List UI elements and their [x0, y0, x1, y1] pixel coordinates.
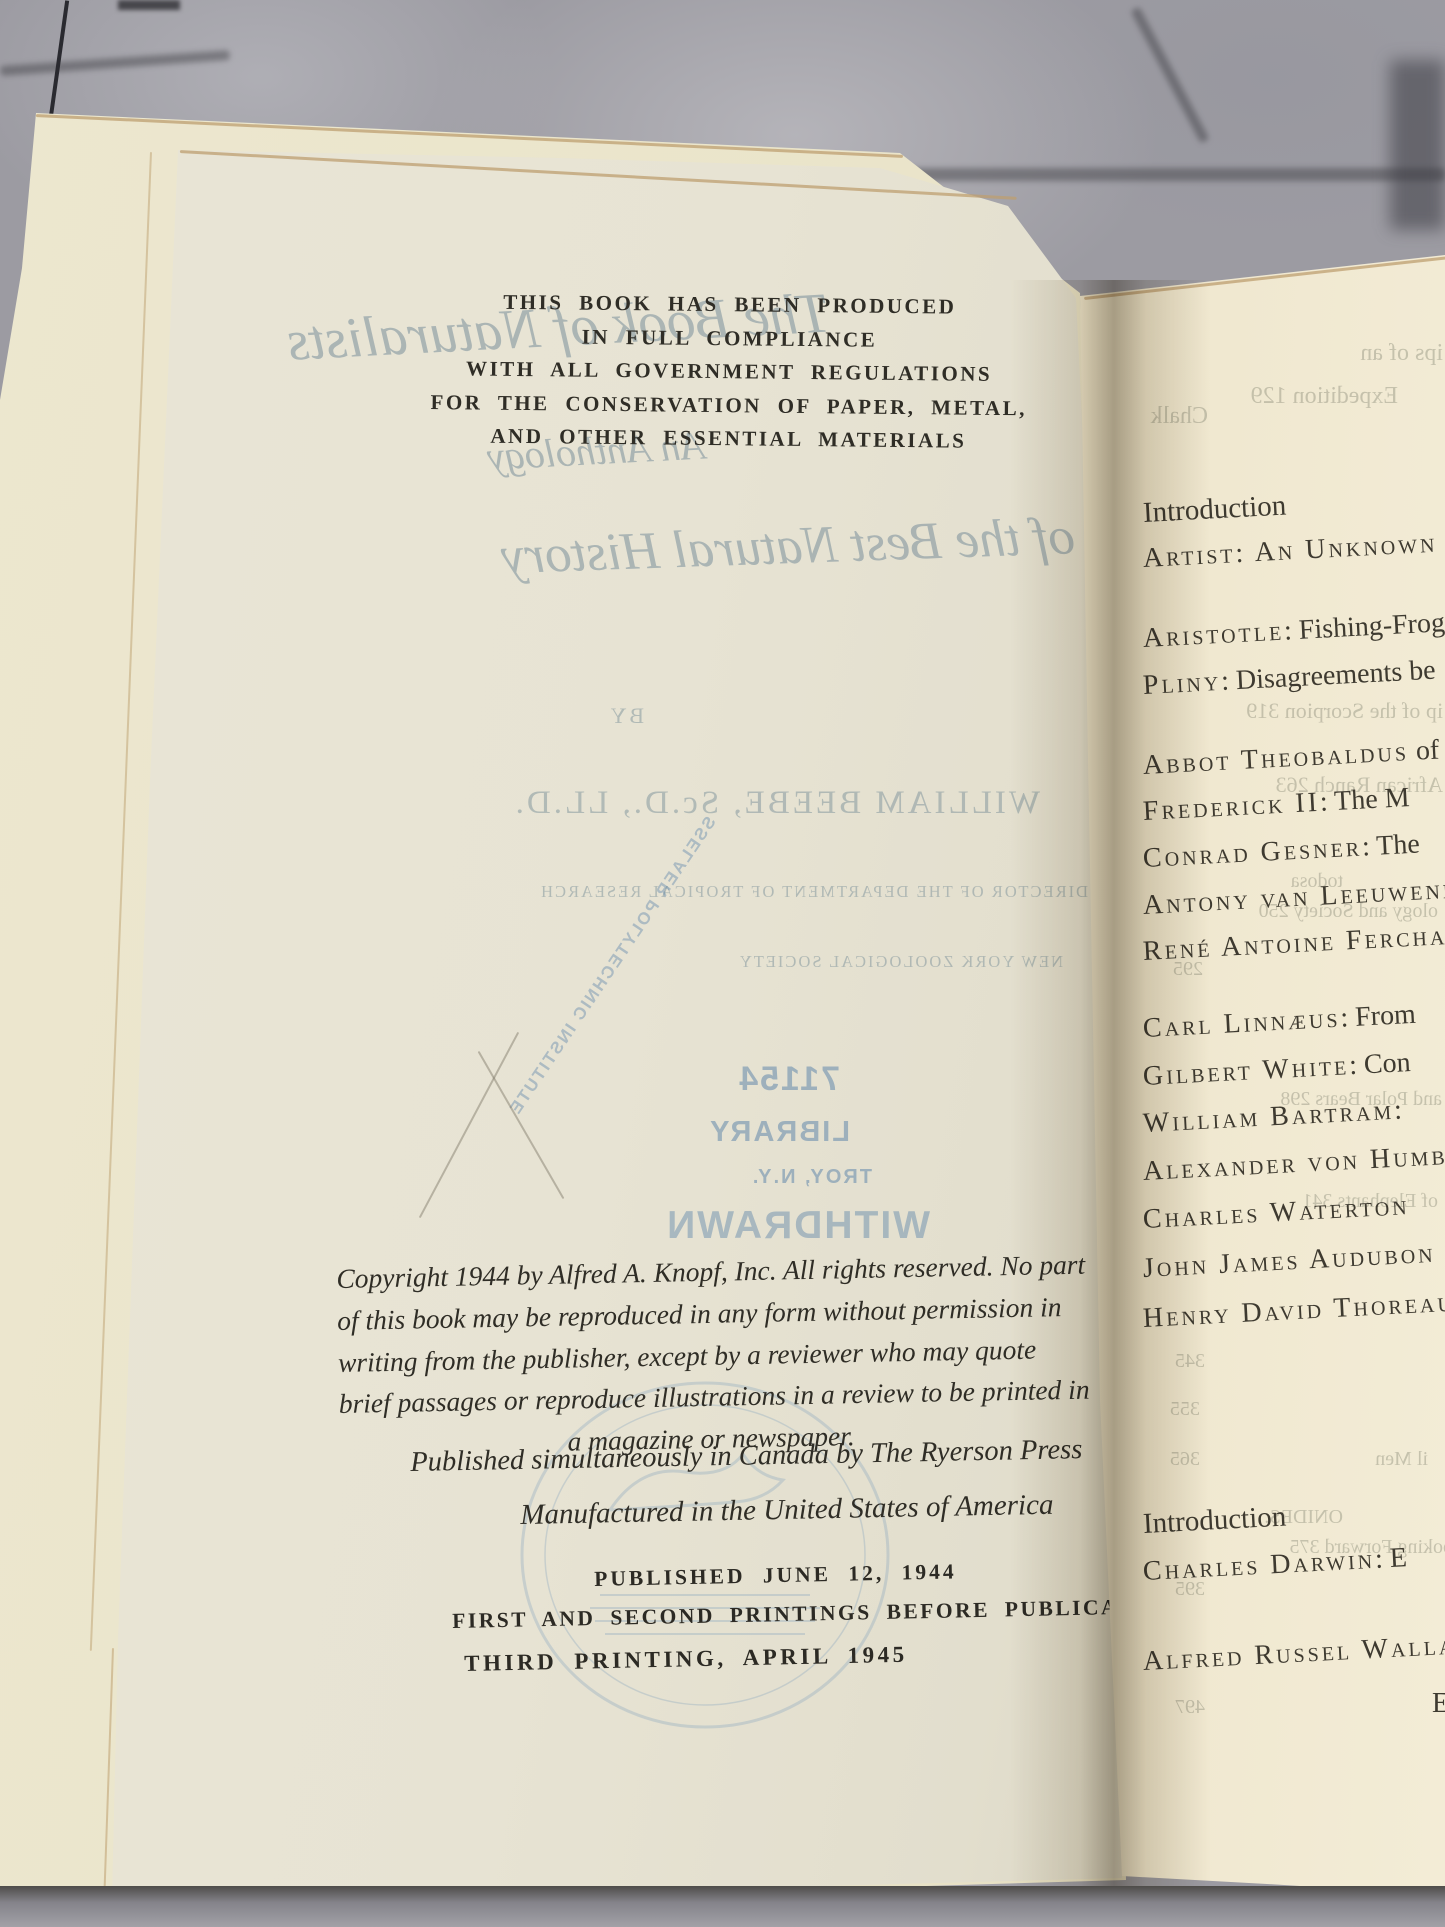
ghost-title-by: BY	[592, 703, 644, 729]
toc-entry-reaumur: René Antoine Ferchault	[1142, 918, 1445, 968]
ghost-toc-fragment: Chalk	[1088, 403, 1208, 430]
toc-entry-waterton: Charles Waterton	[1142, 1190, 1410, 1236]
toc-entry-darwin: Charles Darwin: E	[1142, 1542, 1408, 1588]
copyright-statement: Copyright 1944 by Alfred A. Knopf, Inc. …	[336, 1244, 1091, 1467]
toc-entry-audubon: John James Audubon	[1142, 1238, 1436, 1285]
published-date-line: PUBLISHED JUNE 12, 1944	[594, 1559, 957, 1592]
ghost-toc-fragment: ip of the Scorpion 319	[1118, 698, 1443, 724]
ghost-toc-fragment: il Men	[1288, 1448, 1428, 1471]
toc-entry-bartram: William Bartram:	[1142, 1094, 1403, 1140]
toc-entry-gilbert-white: Gilbert White: Con	[1142, 1047, 1411, 1093]
wall-dark-patch	[1390, 60, 1445, 230]
ghost-toc-fragment: 497	[1160, 1696, 1205, 1719]
pencil-mark-1	[419, 1032, 519, 1218]
toc-entry-artist: Artist: An Unknown	[1142, 528, 1438, 575]
toc-entry-introduction-2: Introduction	[1142, 1501, 1287, 1541]
toc-entry-gesner: Conrad Gesner: The	[1142, 829, 1420, 875]
ghost-director-line: DIRECTOR OF THE DEPARTMENT OF TROPICAL R…	[398, 882, 1088, 902]
wall-wire	[47, 0, 69, 131]
library-stamp-troy: TROY, N.Y.	[736, 1166, 872, 1189]
toc-entry-introduction: Introduction	[1142, 490, 1287, 530]
toc-entry-aristotle: Aristotle: Fishing-Frogs	[1142, 607, 1445, 655]
manufactured-line: Manufactured in the United States of Ame…	[520, 1489, 1054, 1532]
third-printing-line: THIRD PRINTING, APRIL 1945	[464, 1642, 908, 1677]
ghost-toc-fragment: 345	[1160, 1350, 1205, 1373]
printings-line: FIRST AND SECOND PRINTINGS BEFORE PUBLIC…	[452, 1594, 1183, 1634]
toc-entry-thoreau: Henry David Thoreau	[1142, 1287, 1445, 1335]
flyleaf-top-edge	[36, 114, 903, 157]
library-stamp-number: 71154	[722, 1060, 840, 1099]
flyleaf-bottom-left-edge	[103, 1648, 114, 1900]
toc-entry-linnaeus: Carl Linnæus: From	[1142, 999, 1416, 1045]
ghost-toc-fragment: 365	[1155, 1448, 1200, 1471]
mortar-line-diagonal	[1130, 6, 1209, 143]
library-stamp-withdrawn: WITHDRAWN	[600, 1204, 930, 1248]
toc-entry-humboldt: Alexander von Humboldt	[1142, 1137, 1445, 1188]
ghost-toc-fragment: ips of an	[1268, 340, 1443, 367]
ghost-author-line: WILLIAM BEEBE, Sc.D., LL.D.	[390, 785, 1040, 822]
wartime-compliance-notice: THIS BOOK HAS BEEN PRODUCED IN FULL COMP…	[328, 284, 1130, 460]
wall-smudge	[118, 0, 180, 10]
toc-entry-wallace: Alfred Russel Wallace	[1142, 1628, 1445, 1678]
library-stamp-library: LIBRARY	[698, 1116, 850, 1149]
toc-continuation-fragment: E	[1432, 1688, 1445, 1720]
book-photo: The Book of Naturalists An Anthology of …	[0, 0, 1445, 1927]
toc-entry-pliny: Pliny: Disagreements be	[1142, 655, 1436, 702]
mortar-line-top-left	[0, 50, 230, 76]
ghost-society-line: NEW YORK ZOOLOGICAL SOCIETY	[478, 952, 1063, 972]
ghost-title-line3: of the Best Natural History	[284, 506, 1076, 594]
mortar-line-top-right	[895, 168, 1445, 181]
ghost-toc-fragment: 355	[1155, 1398, 1200, 1421]
ghost-toc-fragment: Expedition 129	[1178, 383, 1398, 410]
